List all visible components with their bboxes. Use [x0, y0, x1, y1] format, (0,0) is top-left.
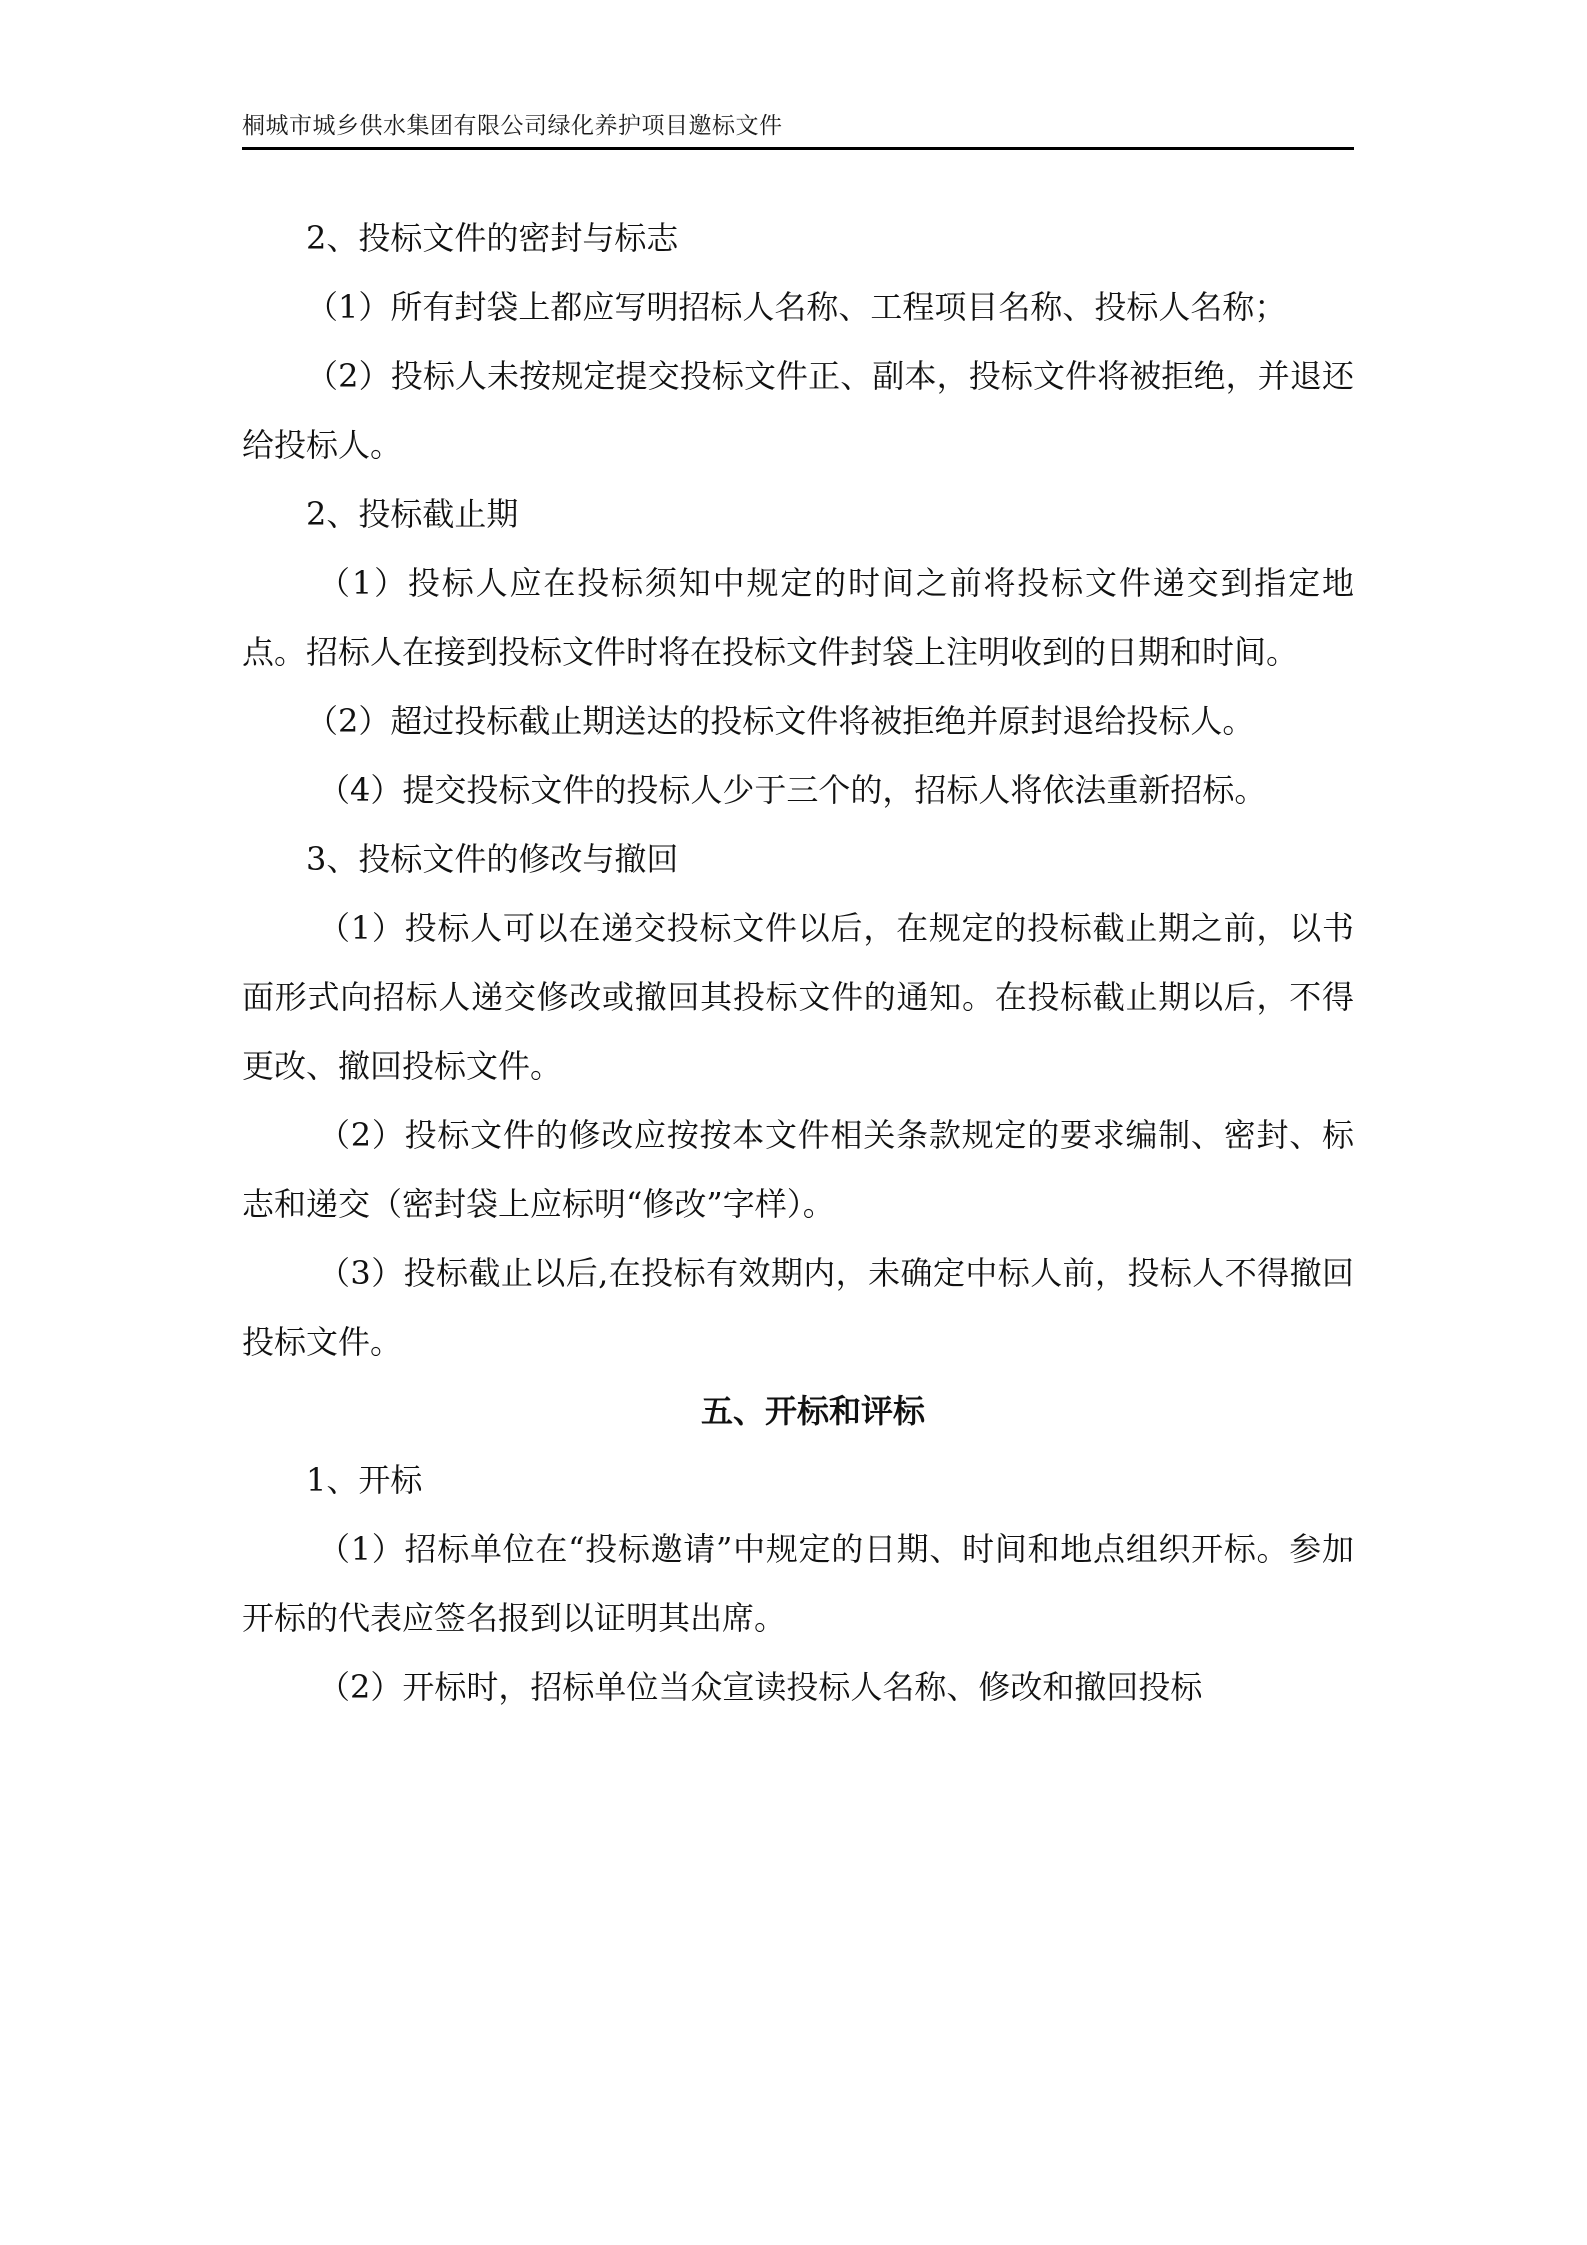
running-header: 桐城市城乡供水集团有限公司绿化养护项目邀标文件 [242, 112, 1354, 148]
paragraph-modification-3: （3）投标截止以后,在投标有效期内，未确定中标人前，投标人不得撤回投标文件。 [242, 1239, 1354, 1377]
document-page: 桐城市城乡供水集团有限公司绿化养护项目邀标文件 2、投标文件的密封与标志 （1）… [0, 0, 1587, 2245]
section-heading-opening-evaluation: 五、开标和评标 [242, 1377, 1354, 1446]
paragraph-deadline-2: （2）超过投标截止期送达的投标文件将被拒绝并原封退给投标人。 [242, 687, 1354, 756]
subheading-modification-withdrawal: 3、投标文件的修改与撤回 [242, 825, 1354, 894]
document-body: 2、投标文件的密封与标志 （1）所有封袋上都应写明招标人名称、工程项目名称、投标… [242, 204, 1354, 1722]
header-rule [242, 147, 1354, 150]
subheading-bid-opening: 1、开标 [242, 1446, 1354, 1515]
subheading-sealing-marking: 2、投标文件的密封与标志 [242, 204, 1354, 273]
paragraph-modification-1: （1）投标人可以在递交投标文件以后，在规定的投标截止期之前，以书面形式向招标人递… [242, 894, 1354, 1101]
paragraph-modification-2: （2）投标文件的修改应按按本文件相关条款规定的要求编制、密封、标志和递交（密封袋… [242, 1101, 1354, 1239]
paragraph-opening-1: （1）招标单位在“投标邀请”中规定的日期、时间和地点组织开标。参加开标的代表应签… [242, 1515, 1354, 1653]
paragraph-deadline-1: （1）投标人应在投标须知中规定的时间之前将投标文件递交到指定地点。招标人在接到投… [242, 549, 1354, 687]
paragraph-sealing-2: （2）投标人未按规定提交投标文件正、副本，投标文件将被拒绝，并退还给投标人。 [242, 342, 1354, 480]
paragraph-opening-2: （2）开标时，招标单位当众宣读投标人名称、修改和撤回投标 [242, 1653, 1354, 1722]
paragraph-sealing-1: （1）所有封袋上都应写明招标人名称、工程项目名称、投标人名称； [242, 273, 1354, 342]
paragraph-deadline-4: （4）提交投标文件的投标人少于三个的，招标人将依法重新招标。 [242, 756, 1354, 825]
subheading-deadline: 2、投标截止期 [242, 480, 1354, 549]
